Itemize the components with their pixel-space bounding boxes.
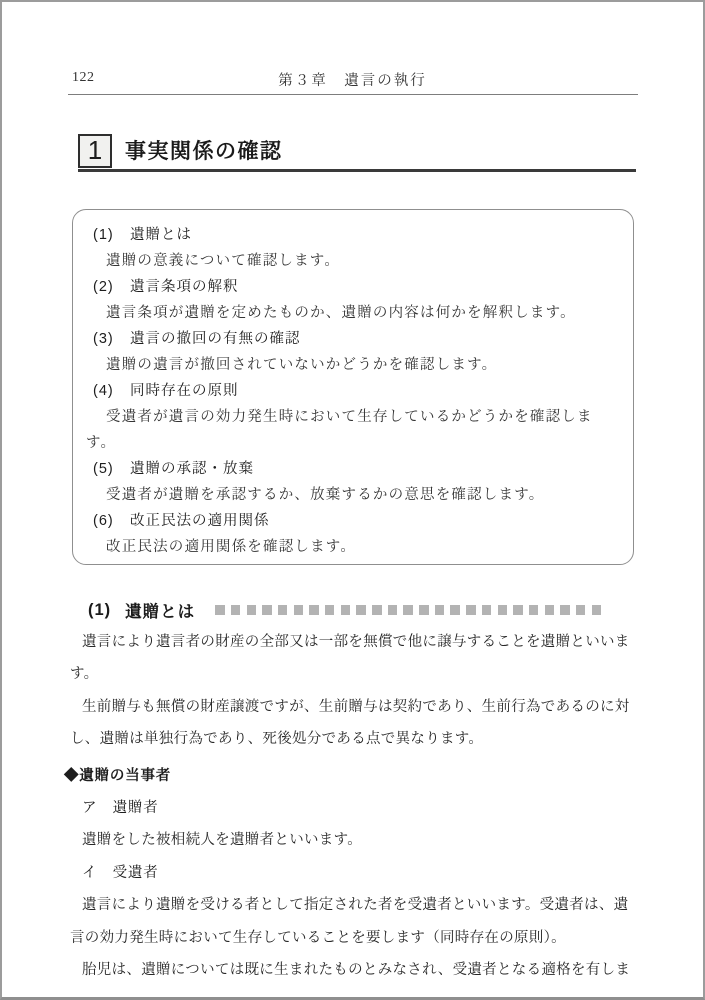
parties-item-b-text-line: 遺言により遺贈を受ける者として指定された者を受遺者といいます。受遺者は、遺 <box>70 889 636 921</box>
decorative-square <box>513 605 523 615</box>
summary-item-title: 改正民法の適用関係 <box>130 513 270 529</box>
summary-item-title: 遺贈の承認・放棄 <box>130 461 254 477</box>
decorative-square <box>262 605 272 615</box>
decorative-square <box>545 605 555 615</box>
decorative-square <box>215 605 225 615</box>
summary-item-number: (3) <box>93 326 130 352</box>
decorative-square <box>356 605 366 615</box>
decorative-square <box>325 605 335 615</box>
summary-item-number: (5) <box>93 456 130 482</box>
summary-item-title: 遺贈とは <box>130 227 192 243</box>
decorative-square <box>419 605 429 615</box>
decorative-square <box>529 605 539 615</box>
decorative-square <box>482 605 492 615</box>
decorative-square <box>498 605 508 615</box>
summary-item-title: 遺言の撤回の有無の確認 <box>130 331 301 347</box>
decorative-square <box>450 605 460 615</box>
summary-item-number: (4) <box>93 378 130 404</box>
fetus-paragraph-line: 胎児は、遺贈については既に生まれたものとみなされ、受遺者となる適格を有しま <box>70 954 636 986</box>
body-text: 遺言により遺言者の財産の全部又は一部を無償で他に譲与することを遺贈といいま す。… <box>70 626 636 986</box>
summary-item-heading: (4)同時存在の原則 <box>93 378 617 404</box>
summary-item-number: (6) <box>93 508 130 534</box>
section-heading: 1 事実関係の確認 <box>78 130 636 172</box>
decorative-square <box>592 605 602 615</box>
summary-item-desc: 遺贈の意義について確認します。 <box>106 248 617 274</box>
decorative-square <box>372 605 382 615</box>
decorative-square <box>278 605 288 615</box>
parties-item-a-label: ア 遺贈者 <box>70 792 636 824</box>
parties-item-b-text-line: 言の効力発生時において生存していることを要します（同時存在の原則）。 <box>70 922 636 954</box>
subsection-title: 遺贈とは <box>125 598 195 622</box>
paragraph-line: し、遺贈は単独行為であり、死後処分である点で異なります。 <box>70 723 636 755</box>
summary-item-number: (2) <box>93 274 130 300</box>
subsection-number: (1) <box>88 601 111 620</box>
summary-box: (1)遺贈とは 遺贈の意義について確認します。 (2)遺言条項の解釈 遺言条項が… <box>72 209 634 565</box>
header-rule <box>68 94 638 95</box>
summary-item-desc: 受遺者が遺贈を承認するか、放棄するかの意思を確認します。 <box>106 482 617 508</box>
summary-item-heading: (3)遺言の撤回の有無の確認 <box>93 326 617 352</box>
decorative-square <box>403 605 413 615</box>
parties-heading: ◆遺贈の当事者 <box>64 760 636 792</box>
summary-item-desc: 遺贈の遺言が撤回されていないかどうかを確認します。 <box>106 352 617 378</box>
decorative-square <box>231 605 241 615</box>
parties-item-b-label: イ 受遺者 <box>70 857 636 889</box>
summary-item-number: (1) <box>93 222 130 248</box>
summary-item-heading: (1)遺贈とは <box>93 222 617 248</box>
summary-item-desc: 遺言条項が遺贈を定めたものか、遺贈の内容は何かを解釈します。 <box>106 300 617 326</box>
paragraph-line: 遺言により遺言者の財産の全部又は一部を無償で他に譲与することを遺贈といいま <box>70 626 636 658</box>
summary-item-desc: 改正民法の適用関係を確認します。 <box>106 534 617 560</box>
paragraph-line: す。 <box>70 658 636 690</box>
chapter-header: 第３章 遺言の執行 <box>2 69 703 90</box>
summary-item-heading: (5)遺贈の承認・放棄 <box>93 456 617 482</box>
decorative-square <box>247 605 257 615</box>
decorative-square <box>560 605 570 615</box>
summary-item-heading: (6)改正民法の適用関係 <box>93 508 617 534</box>
summary-item-heading: (2)遺言条項の解釈 <box>93 274 617 300</box>
summary-item-title: 同時存在の原則 <box>130 383 239 399</box>
section-title: 事実関係の確認 <box>125 135 283 165</box>
summary-item-desc-cont: す。 <box>86 430 617 456</box>
summary-item-desc: 受遺者が遺言の効力発生時において生存しているかどうかを確認しま <box>106 404 617 430</box>
paragraph-line: 生前贈与も無償の財産譲渡ですが、生前贈与は契約であり、生前行為であるのに対 <box>70 691 636 723</box>
summary-item-title: 遺言条項の解釈 <box>130 279 239 295</box>
decorative-square <box>294 605 304 615</box>
decorative-squares <box>215 605 601 615</box>
decorative-square <box>388 605 398 615</box>
parties-item-a-text: 遺贈をした被相続人を遺贈者といいます。 <box>70 824 636 856</box>
section-number-box: 1 <box>78 134 112 168</box>
decorative-square <box>341 605 351 615</box>
decorative-square <box>309 605 319 615</box>
book-page: 122 第３章 遺言の執行 1 事実関係の確認 (1)遺贈とは 遺贈の意義につい… <box>0 0 705 1000</box>
subsection-heading: (1) 遺贈とは <box>88 599 636 621</box>
decorative-square <box>576 605 586 615</box>
decorative-square <box>466 605 476 615</box>
decorative-square <box>435 605 445 615</box>
